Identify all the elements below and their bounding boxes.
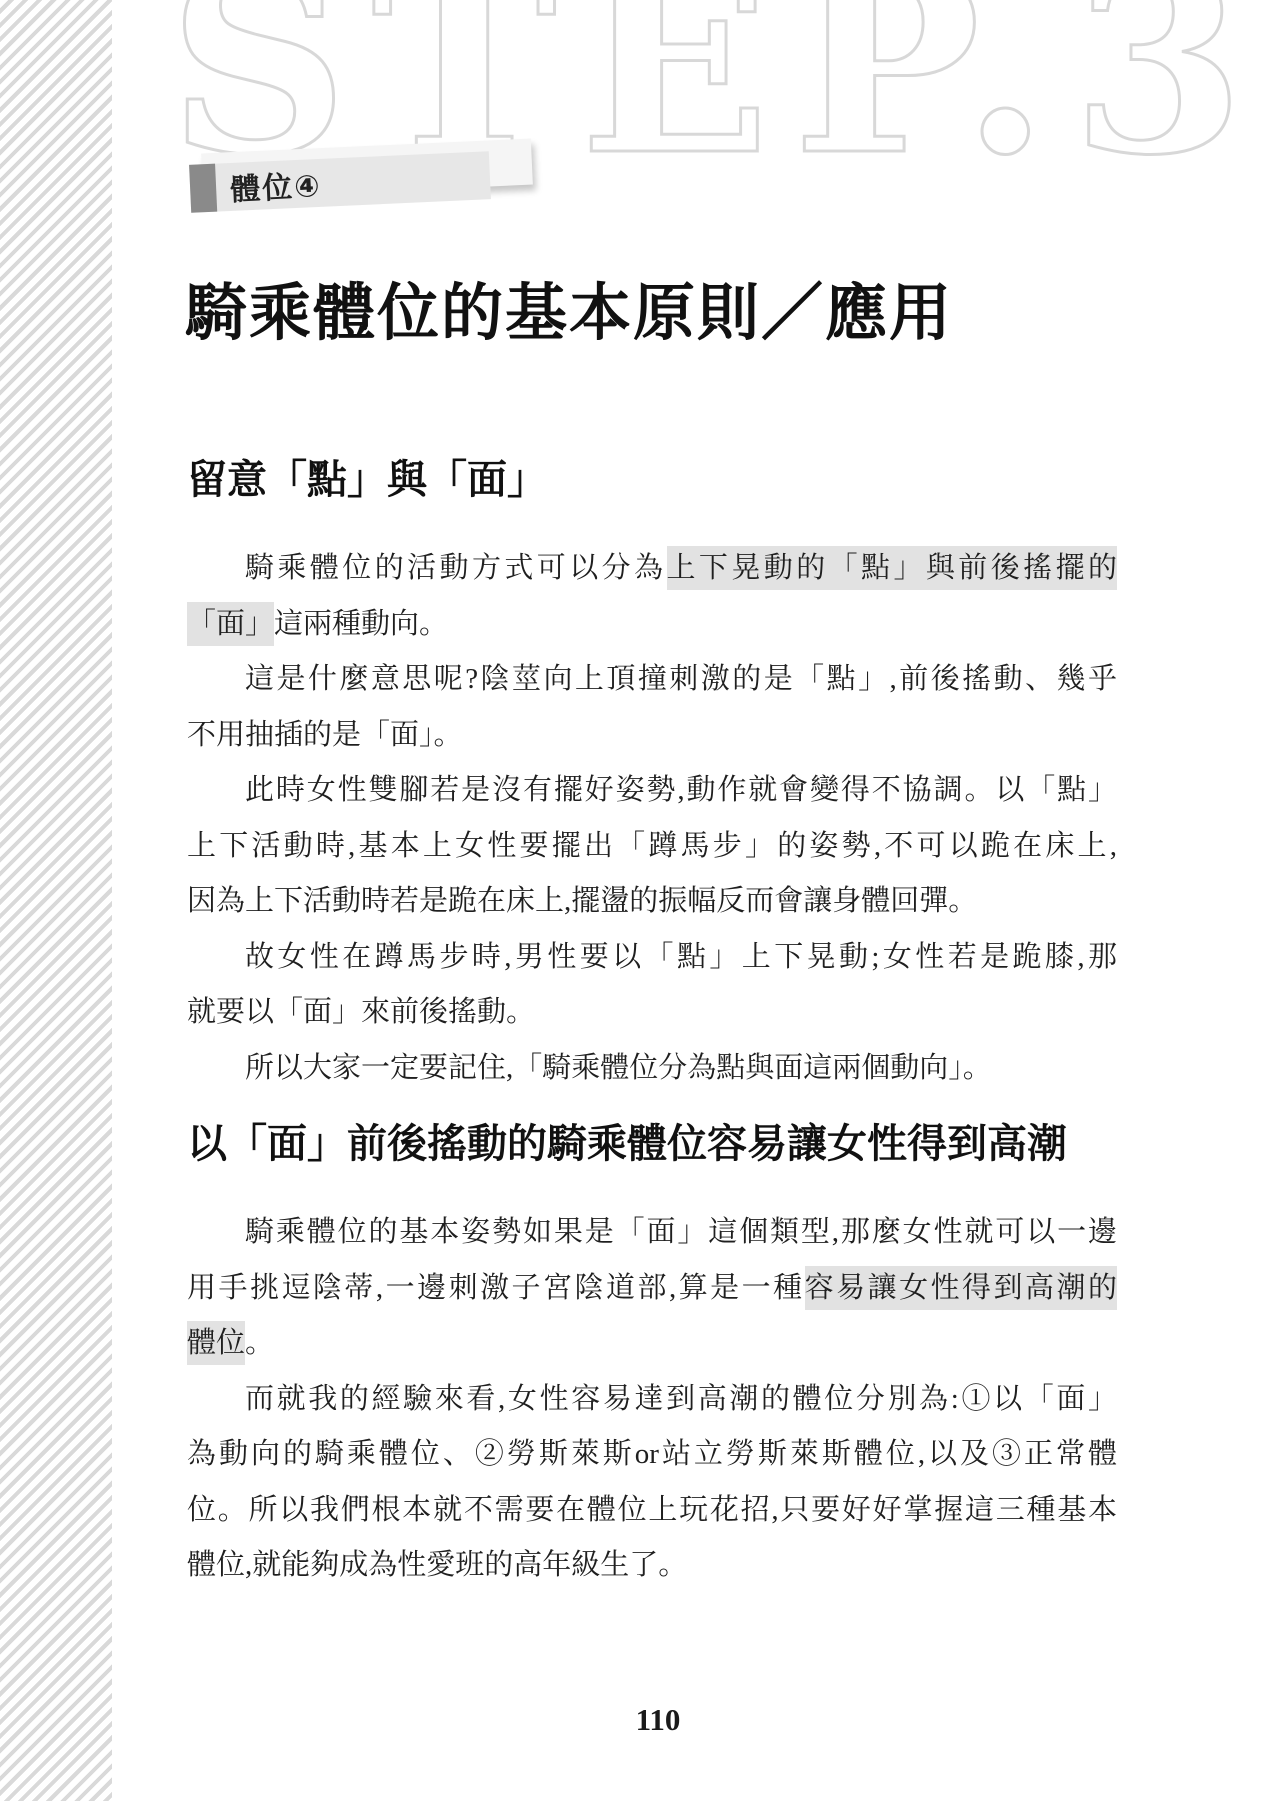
- text-span: 為動向的騎乘體位、②勞斯萊斯or站立勞斯萊斯體位,以及③正常體: [187, 1438, 1117, 1470]
- diagonal-stripes-decoration: [0, 0, 112, 1801]
- body-line: 這是什麼意思呢?陰莖向上頂撞刺激的是「點」,前後搖動、幾乎: [187, 652, 1117, 708]
- body-line: 故女性在蹲馬步時,男性要以「點」上下晃動;女性若是跪膝,那: [187, 930, 1117, 986]
- highlight-span: 體位: [187, 1321, 245, 1365]
- body-line: 所以大家一定要記住,「騎乘體位分為點與面這兩個動向」。: [187, 1041, 1117, 1097]
- paragraph: 此時女性雙腳若是沒有擺好姿勢,動作就會變得不協調。以「點」上下活動時,基本上女性…: [187, 763, 1117, 930]
- body-line: 而就我的經驗來看,女性容易達到高潮的體位分別為:①以「面」: [187, 1372, 1117, 1428]
- paragraph: 騎乘體位的基本姿勢如果是「面」這個類型,那麼女性就可以一邊用手挑逗陰蒂,一邊刺激…: [187, 1205, 1117, 1372]
- highlight-span: 上下晃動的「點」與前後搖擺的: [667, 546, 1118, 590]
- body-line: 體位。: [187, 1316, 1117, 1372]
- body-line: 用手挑逗陰蒂,一邊刺激子宮陰道部,算是一種容易讓女性得到高潮的: [187, 1261, 1117, 1317]
- text-span: 此時女性雙腳若是沒有擺好姿勢,動作就會變得不協調。以「點」: [245, 774, 1117, 806]
- paragraph: 故女性在蹲馬步時,男性要以「點」上下晃動;女性若是跪膝,那就要以「面」來前後搖動…: [187, 930, 1117, 1041]
- text-span: 體位,就能夠成為性愛班的高年級生了。: [187, 1549, 687, 1581]
- highlight-span: 容易讓女性得到高潮的: [805, 1266, 1117, 1310]
- highlight-span: 「面」: [187, 602, 274, 646]
- text-span: 故女性在蹲馬步時,男性要以「點」上下晃動;女性若是跪膝,那: [245, 941, 1117, 973]
- body-line: 不用抽插的是「面」。: [187, 708, 1117, 764]
- text-span: 而就我的經驗來看,女性容易達到高潮的體位分別為:①以「面」: [245, 1383, 1117, 1415]
- text-span: 。: [245, 1327, 274, 1359]
- section-heading: 留意「點」與「面」: [187, 456, 1117, 504]
- text-span: 所以大家一定要記住,「騎乘體位分為點與面這兩個動向」。: [245, 1052, 992, 1084]
- body-line: 就要以「面」來前後搖動。: [187, 985, 1117, 1041]
- paragraph: 這是什麼意思呢?陰莖向上頂撞刺激的是「點」,前後搖動、幾乎不用抽插的是「面」。: [187, 652, 1117, 763]
- section-heading: 以「面」前後搖動的騎乘體位容易讓女性得到高潮: [187, 1120, 1117, 1168]
- text-span: 這兩種動向。: [274, 608, 448, 640]
- body-text-column: 留意「點」與「面」騎乘體位的活動方式可以分為上下晃動的「點」與前後搖擺的「面」這…: [187, 0, 1117, 1594]
- text-span: 不用抽插的是「面」。: [187, 719, 463, 751]
- text-span: 因為上下活動時若是跪在床上,擺盪的振幅反而會讓身體回彈。: [187, 885, 977, 917]
- text-span: 上下活動時,基本上女性要擺出「蹲馬步」的姿勢,不可以跪在床上,: [187, 830, 1117, 862]
- body-line: 因為上下活動時若是跪在床上,擺盪的振幅反而會讓身體回彈。: [187, 874, 1117, 930]
- body-line: 體位,就能夠成為性愛班的高年級生了。: [187, 1538, 1117, 1594]
- body-line: 位。所以我們根本就不需要在體位上玩花招,只要好好掌握這三種基本: [187, 1483, 1117, 1539]
- page-number: 110: [636, 1702, 681, 1738]
- paragraph: 所以大家一定要記住,「騎乘體位分為點與面這兩個動向」。: [187, 1041, 1117, 1097]
- text-span: 用手挑逗陰蒂,一邊刺激子宮陰道部,算是一種: [187, 1272, 805, 1304]
- body-line: 「面」這兩種動向。: [187, 597, 1117, 653]
- body-line: 為動向的騎乘體位、②勞斯萊斯or站立勞斯萊斯體位,以及③正常體: [187, 1427, 1117, 1483]
- body-line: 此時女性雙腳若是沒有擺好姿勢,動作就會變得不協調。以「點」: [187, 763, 1117, 819]
- text-span: 就要以「面」來前後搖動。: [187, 996, 535, 1028]
- text-span: 位。所以我們根本就不需要在體位上玩花招,只要好好掌握這三種基本: [187, 1494, 1117, 1526]
- text-span: 騎乘體位的活動方式可以分為: [245, 552, 667, 584]
- body-line: 騎乘體位的活動方式可以分為上下晃動的「點」與前後搖擺的: [187, 541, 1117, 597]
- text-span: 這是什麼意思呢?陰莖向上頂撞刺激的是「點」,前後搖動、幾乎: [245, 663, 1117, 695]
- paragraph: 騎乘體位的活動方式可以分為上下晃動的「點」與前後搖擺的「面」這兩種動向。: [187, 541, 1117, 652]
- paragraph: 而就我的經驗來看,女性容易達到高潮的體位分別為:①以「面」為動向的騎乘體位、②勞…: [187, 1372, 1117, 1594]
- text-span: 騎乘體位的基本姿勢如果是「面」這個類型,那麼女性就可以一邊: [245, 1216, 1117, 1248]
- body-line: 上下活動時,基本上女性要擺出「蹲馬步」的姿勢,不可以跪在床上,: [187, 819, 1117, 875]
- body-line: 騎乘體位的基本姿勢如果是「面」這個類型,那麼女性就可以一邊: [187, 1205, 1117, 1261]
